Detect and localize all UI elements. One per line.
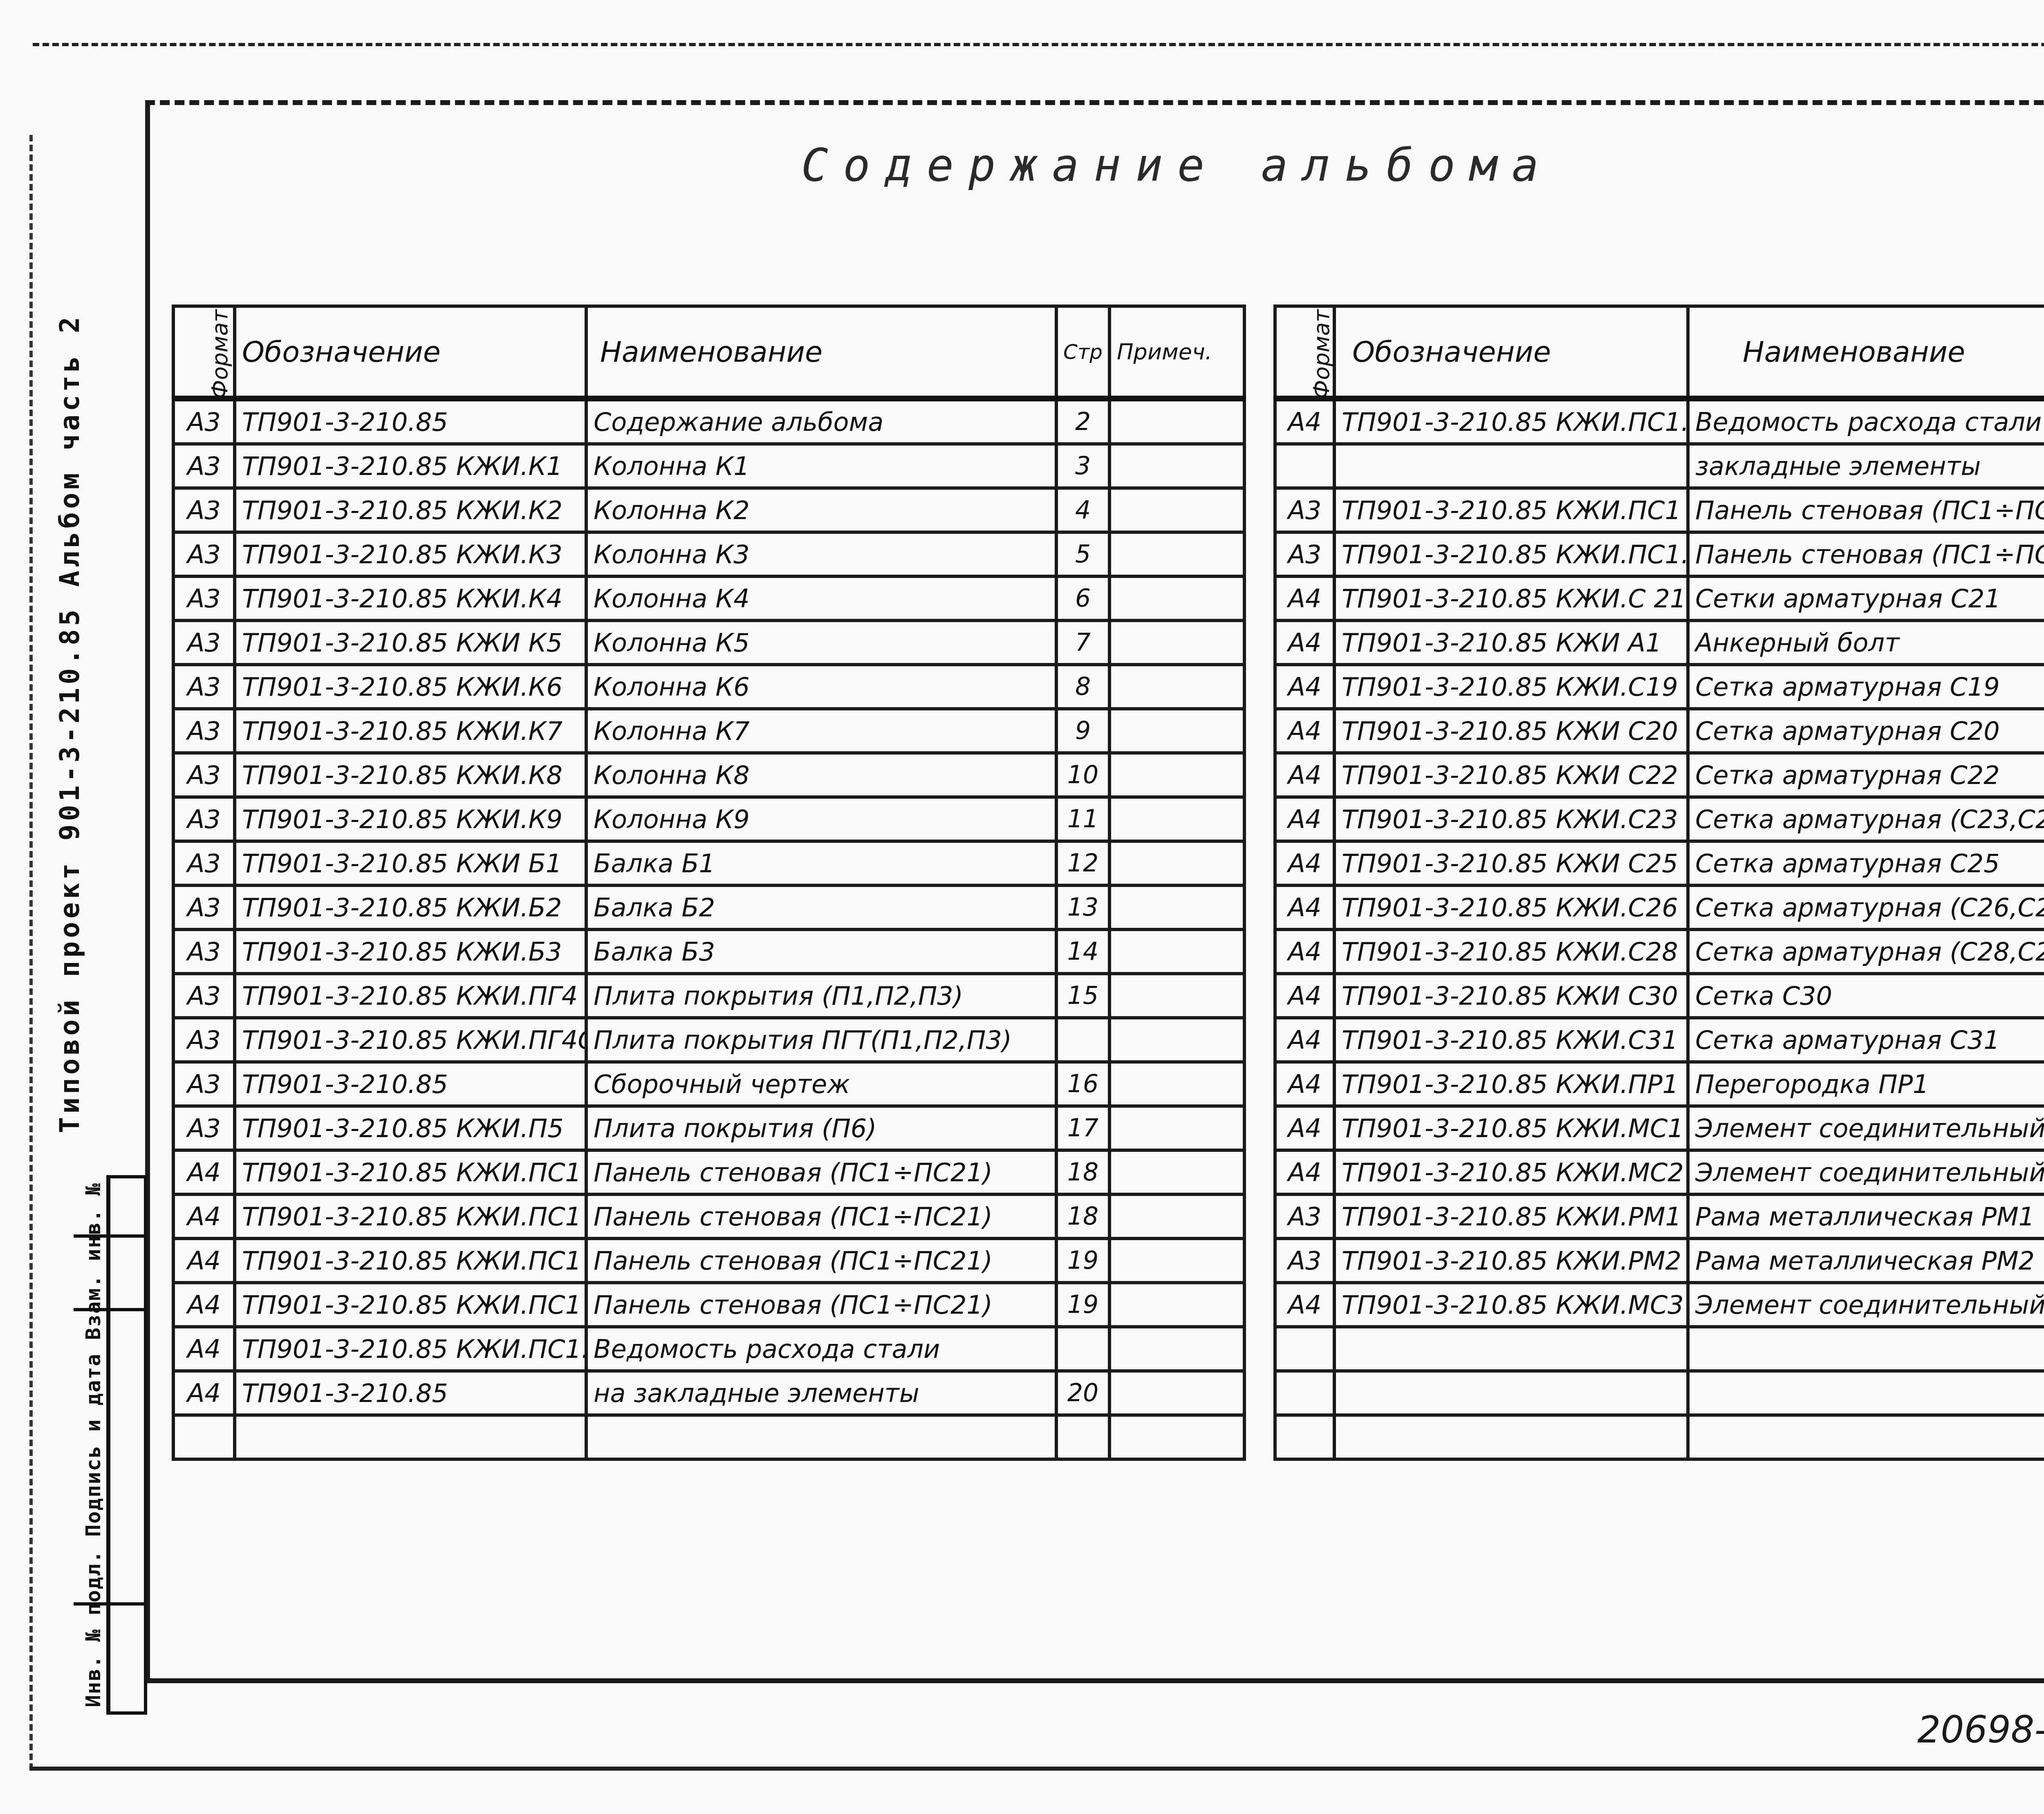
table-row: А4ТП901-3-210.85на закладные элементы20 <box>173 1371 1244 1415</box>
cell-page: 2 <box>1056 399 1109 444</box>
cell-designation: ТП901-3-210.85 КЖИ.К2 <box>235 488 586 532</box>
cell-format: А4 <box>1275 841 1334 885</box>
cell-note <box>1109 753 1244 797</box>
cell-name: Сетка арматурная С31 <box>1688 1018 2044 1062</box>
cell-name: Элемент соединительный МС3 <box>1688 1283 2044 1327</box>
table-row: А4ТП901-3-210.85 КЖИ А1Анкерный болт23 <box>1275 620 2044 665</box>
cell-designation <box>1334 444 1688 488</box>
cell-note <box>1109 1062 1244 1106</box>
table-row: А3ТП901-3-210.85 КЖИ.ПГ4СБПлита покрытия… <box>173 1018 1244 1062</box>
cell-page <box>1056 1018 1109 1062</box>
contents-table-right: Формат Обозначение Наименование Стр Прим… <box>1273 305 2044 1461</box>
table-row <box>1275 1371 2044 1415</box>
cell-page: 12 <box>1056 841 1109 885</box>
header-designation: Обозначение <box>1334 306 1688 399</box>
table-row: А4ТП901-3-210.85 КЖИ С25Сетка арматурная… <box>1275 841 2044 885</box>
table-row: А3ТП901-3-210.85 КЖИ.ПС1 СБПанель стенов… <box>1275 488 2044 532</box>
table-row: А4ТП901-3-210.85 КЖИ.С28Сетка арматурная… <box>1275 929 2044 974</box>
table-row: А4ТП901-3-210.85 КЖИ.ПС1Панель стеновая … <box>173 1150 1244 1194</box>
table-row: А4ТП901-3-210.85 КЖИ.МС1Элемент соединит… <box>1275 1106 2044 1150</box>
table-row: А3ТП901-3-210.85 КЖИ.РМ2Рама металлическ… <box>1275 1238 2044 1283</box>
cell-name: Колонна К2 <box>586 488 1056 532</box>
cell-format <box>1275 1371 1334 1415</box>
cell-name: Балка Б3 <box>586 929 1056 974</box>
cell-format: А4 <box>1275 665 1334 709</box>
outer-frame-top-line <box>33 43 2044 46</box>
cell-name: Сетка арматурная С22 <box>1688 753 2044 797</box>
side-project-label: Типовой проект 901-3-210.85 Альбом часть… <box>54 314 85 1133</box>
cell-designation: ТП901-3-210.85 КЖИ.ПС1.01 <box>235 1327 586 1371</box>
cell-format: А4 <box>1275 399 1334 444</box>
cell-name <box>1688 1371 2044 1415</box>
cell-format: А3 <box>173 753 235 797</box>
cell-name: Панель стеновая (ПС1÷ПС21) <box>586 1283 1056 1327</box>
table-row: А3ТП901-3-210.85 КЖИ.К7Колонна К79 <box>173 709 1244 753</box>
cell-format: А3 <box>173 620 235 665</box>
table-header-row: Формат Обозначение Наименование Стр Прим… <box>1275 306 2044 399</box>
header-page: Стр <box>1056 306 1109 399</box>
cell-name: Колонна К6 <box>586 665 1056 709</box>
table-row: А3ТП901-3-210.85 КЖИ.П5Плита покрытия (П… <box>173 1106 1244 1150</box>
table-row: А4ТП901-3-210.85 КЖИ.С 21Сетки арматурна… <box>1275 576 2044 620</box>
cell-format: А3 <box>173 885 235 929</box>
cell-note <box>1109 665 1244 709</box>
cell-designation: ТП901-3-210.85 КЖИ.МС2 <box>1334 1150 1688 1194</box>
cell-format: А3 <box>173 576 235 620</box>
table-row: А3ТП901-3-210.85 КЖИ.ПГ4Плита покрытия (… <box>173 974 1244 1018</box>
cell-designation: ТП901-3-210.85 КЖИ.С31 <box>1334 1018 1688 1062</box>
cell-designation: ТП901-3-210.85 КЖИ.С23 <box>1334 797 1688 841</box>
cell-format: А3 <box>173 488 235 532</box>
cell-designation: ТП901-3-210.85 <box>235 1371 586 1415</box>
cell-name: Перегородка ПР1 <box>1688 1062 2044 1106</box>
cell-page: 18 <box>1056 1150 1109 1194</box>
cell-designation: ТП901-3-210.85 КЖИ.РМ1 <box>1334 1194 1688 1238</box>
cell-designation: ТП901-3-210.85 КЖИ.С26 <box>1334 885 1688 929</box>
cell-page: 5 <box>1056 532 1109 576</box>
cell-name: Колонна К3 <box>586 532 1056 576</box>
cell-format: А4 <box>173 1150 235 1194</box>
cell-note <box>1109 797 1244 841</box>
table-row: А3ТП901-3-210.85 КЖИ.К3Колонна К35 <box>173 532 1244 576</box>
cell-format: А4 <box>173 1194 235 1238</box>
cell-name: Элемент соединительный МС1 <box>1688 1106 2044 1150</box>
cell-note <box>1109 399 1244 444</box>
cell-page: 20 <box>1056 1371 1109 1415</box>
table-header-row: Формат Обозначение Наименование Стр Прим… <box>173 306 1244 399</box>
cell-name: Колонна К8 <box>586 753 1056 797</box>
table-row: А3ТП901-3-210.85 КЖИ.К1Колонна К13 <box>173 444 1244 488</box>
cell-page <box>1056 1327 1109 1371</box>
table-row: А4ТП901-3-210.85 КЖИ.ПС1.01Ведомость рас… <box>173 1327 1244 1371</box>
cell-name: Сборочный чертеж <box>586 1062 1056 1106</box>
table-row: А3ТП901-3-210.85 КЖИ.Б3Балка Б314 <box>173 929 1244 974</box>
cell-format: А3 <box>173 665 235 709</box>
table-row: А4ТП901-3-210.85 КЖИ.С26Сетка арматурная… <box>1275 885 2044 929</box>
cell-format: А3 <box>173 929 235 974</box>
cell-format: А3 <box>173 1062 235 1106</box>
table-row: А4ТП901-3-210.85 КЖИ.С19Сетка арматурная… <box>1275 665 2044 709</box>
cell-format: А4 <box>1275 576 1334 620</box>
cell-designation: ТП901-3-210.85 КЖИ.МС3 <box>1334 1283 1688 1327</box>
cell-name: Панель стеновая (ПС1÷ПС21) <box>586 1150 1056 1194</box>
cell-designation <box>1334 1415 1688 1459</box>
cell-designation <box>1334 1371 1688 1415</box>
cell-format: А3 <box>1275 488 1334 532</box>
header-name: Наименование <box>1688 306 2044 399</box>
cell-name: Плита покрытия ПГТ(П1,П2,П3) <box>586 1018 1056 1062</box>
cell-name: Сетка арматурная (С23,С24) <box>1688 797 2044 841</box>
cell-name: Ведомость расхода стали на <box>1688 399 2044 444</box>
cell-format: А4 <box>173 1327 235 1371</box>
cell-format: А4 <box>173 1371 235 1415</box>
document-number: 20698-04 <box>1917 1709 2044 1751</box>
outer-frame-left-line <box>29 135 33 1770</box>
table-row: А3ТП901-3-210.85 КЖИ.К9Колонна К911 <box>173 797 1244 841</box>
cell-page: 16 <box>1056 1062 1109 1106</box>
cell-page: 3 <box>1056 444 1109 488</box>
cell-name: Панель стеновая (ПС1÷ПС21) <box>1688 532 2044 576</box>
cell-designation: ТП901-3-210.85 КЖИ.К3 <box>235 532 586 576</box>
table-row: А4ТП901-3-210.85 КЖИ.С31Сетка арматурная… <box>1275 1018 2044 1062</box>
table-row: закладные элементы20 <box>1275 444 2044 488</box>
cell-format <box>1275 444 1334 488</box>
header-format: Формат <box>1275 306 1334 399</box>
table-row: А3ТП901-3-210.85 КЖИ К5Колонна К57 <box>173 620 1244 665</box>
cell-format: А4 <box>1275 1283 1334 1327</box>
cell-page: 19 <box>1056 1283 1109 1327</box>
cell-page: 11 <box>1056 797 1109 841</box>
cell-designation: ТП901-3-210.85 КЖИ.ПГ4 <box>235 974 586 1018</box>
cell-note <box>1109 1238 1244 1283</box>
cell-page <box>1056 1415 1109 1459</box>
cell-format: А4 <box>173 1283 235 1327</box>
cell-designation <box>1334 1327 1688 1371</box>
cell-designation: ТП901-3-210.85 КЖИ.Б2 <box>235 885 586 929</box>
cell-note <box>1109 576 1244 620</box>
cell-designation <box>235 1415 586 1459</box>
cell-name: Сетка арматурная С19 <box>1688 665 2044 709</box>
table-row: А4ТП901-3-210.85 КЖИ.ПР1Перегородка ПР12… <box>1275 1062 2044 1106</box>
cell-page: 18 <box>1056 1194 1109 1238</box>
table-row: А3ТП901-3-210.85Содержание альбома2 <box>173 399 1244 444</box>
cell-designation: ТП901-3-210.85 КЖИ.П5 <box>235 1106 586 1150</box>
cell-format: А4 <box>1275 974 1334 1018</box>
contents-table-left: Формат Обозначение Наименование Стр Прим… <box>172 305 1246 1461</box>
cell-designation: ТП901-3-210.85 КЖИ.ПС1 <box>235 1238 586 1283</box>
cell-format <box>1275 1327 1334 1371</box>
cell-note <box>1109 1194 1244 1238</box>
cell-format: А3 <box>173 532 235 576</box>
cell-name: Сетка арматурная (С28,С29) <box>1688 929 2044 974</box>
cell-name: Колонна К4 <box>586 576 1056 620</box>
table-row: А3ТП901-3-210.85 КЖИ.РМ1Рама металлическ… <box>1275 1194 2044 1238</box>
cell-designation: ТП901-3-210.85 <box>235 399 586 444</box>
cell-name: Сетка арматурная (С26,С27) <box>1688 885 2044 929</box>
cell-name: Элемент соединительный МС2 <box>1688 1150 2044 1194</box>
table-row: А3ТП901-3-210.85Сборочный чертеж16 <box>173 1062 1244 1106</box>
cell-designation: ТП901-3-210.85 КЖИ.Б3 <box>235 929 586 974</box>
header-name: Наименование <box>586 306 1056 399</box>
cell-format: А4 <box>1275 797 1334 841</box>
cell-page: 4 <box>1056 488 1109 532</box>
cell-designation: ТП901-3-210.85 КЖИ.К4 <box>235 576 586 620</box>
cell-designation: ТП901-3-210.85 КЖИ.ПС1 <box>235 1150 586 1194</box>
cell-format: А3 <box>173 974 235 1018</box>
cell-designation: ТП901-3-210.85 КЖИ С25 <box>1334 841 1688 885</box>
cell-designation: ТП901-3-210.85 КЖИ.С28 <box>1334 929 1688 974</box>
contents-table-left-body: Формат Обозначение Наименование Стр Прим… <box>173 306 1244 1459</box>
cell-format: А3 <box>173 841 235 885</box>
table-row: А3ТП901-3-210.85 КЖИ Б1Балка Б112 <box>173 841 1244 885</box>
cell-format: А3 <box>173 709 235 753</box>
cell-name: Содержание альбома <box>586 399 1056 444</box>
cell-name: Рама металлическая РМ2 <box>1688 1238 2044 1283</box>
cell-format: А4 <box>173 1238 235 1283</box>
cell-designation: ТП901-3-210.85 КЖИ.К9 <box>235 797 586 841</box>
cell-designation: ТП901-3-210.85 КЖИ С22 <box>1334 753 1688 797</box>
cell-format: А4 <box>1275 1062 1334 1106</box>
cell-designation: ТП901-3-210.85 КЖИ Б1 <box>235 841 586 885</box>
cell-name: закладные элементы <box>1688 444 2044 488</box>
cell-format: А3 <box>173 797 235 841</box>
cell-designation: ТП901-3-210.85 КЖИ.ПС1.01 <box>1334 399 1688 444</box>
table-row: А4ТП901-3-210.85 КЖИ.ПС1Панель стеновая … <box>173 1283 1244 1327</box>
cell-designation: ТП901-3-210.85 КЖИ.ПС1 <box>235 1194 586 1238</box>
cell-format: А3 <box>173 444 235 488</box>
cell-page: 8 <box>1056 665 1109 709</box>
header-format: Формат <box>173 306 235 399</box>
cell-page: 7 <box>1056 620 1109 665</box>
table-row: А3ТП901-3-210.85 КЖИ.К6Колонна К68 <box>173 665 1244 709</box>
cell-note <box>1109 709 1244 753</box>
cell-name: Панель стеновая (ПС1÷ПС21) <box>586 1194 1056 1238</box>
cell-designation: ТП901-3-210.85 <box>235 1062 586 1106</box>
cell-format: А3 <box>173 399 235 444</box>
cell-page: 15 <box>1056 974 1109 1018</box>
cell-designation: ТП901-3-210.85 КЖИ.МС1 <box>1334 1106 1688 1150</box>
cell-format: А4 <box>1275 885 1334 929</box>
cell-designation: ТП901-3-210.85 КЖИ С30 <box>1334 974 1688 1018</box>
table-row: А4ТП901-3-210.85 КЖИ С30Сетка С3027 <box>1275 974 2044 1018</box>
cell-page: 9 <box>1056 709 1109 753</box>
cell-note <box>1109 1415 1244 1459</box>
cell-format: А4 <box>1275 1018 1334 1062</box>
cell-designation: ТП901-3-210.85 КЖИ.К8 <box>235 753 586 797</box>
cell-name: Колонна К1 <box>586 444 1056 488</box>
cell-designation: ТП901-3-210.85 КЖИ.ПГ4СБ <box>235 1018 586 1062</box>
table-row: А3ТП901-3-210.85 КЖИ.К8Колонна К810 <box>173 753 1244 797</box>
cell-note <box>1109 1327 1244 1371</box>
cell-name: Колонна К7 <box>586 709 1056 753</box>
cell-designation: ТП901-3-210.85 КЖИ С20 <box>1334 709 1688 753</box>
approval-stamp-label: Инв. № подл. Подпись и дата Взам. инв. № <box>81 1182 105 1707</box>
table-row: А4ТП901-3-210.85 КЖИ.МС3Элемент соединит… <box>1275 1283 2044 1327</box>
outer-frame-bottom-line <box>29 1767 2044 1771</box>
cell-name: Колонна К9 <box>586 797 1056 841</box>
cell-designation: ТП901-3-210.85 КЖИ.С 21 <box>1334 576 1688 620</box>
cell-designation: ТП901-3-210.85 КЖИ.ПС1 СБ <box>1334 488 1688 532</box>
cell-note <box>1109 885 1244 929</box>
cell-designation: ТП901-3-210.85 КЖИ.К7 <box>235 709 586 753</box>
page-title: Содержание альбома <box>801 139 1553 191</box>
cell-designation: ТП901-3-210.85 КЖИ.ПС1.СБ <box>1334 532 1688 576</box>
cell-note <box>1109 1150 1244 1194</box>
cell-format: А3 <box>1275 1238 1334 1283</box>
cell-note <box>1109 1018 1244 1062</box>
table-row: А4ТП901-3-210.85 КЖИ.ПС1.01Ведомость рас… <box>1275 399 2044 444</box>
cell-page: 6 <box>1056 576 1109 620</box>
cell-name <box>1688 1415 2044 1459</box>
header-designation: Обозначение <box>235 306 586 399</box>
cell-note <box>1109 841 1244 885</box>
table-row: А4ТП901-3-210.85 КЖИ.ПС1Панель стеновая … <box>173 1194 1244 1238</box>
table-row: А3ТП901-3-210.85 КЖИ.Б2Балка Б213 <box>173 885 1244 929</box>
cell-page: 14 <box>1056 929 1109 974</box>
cell-name: Балка Б2 <box>586 885 1056 929</box>
cell-name: Панель стеновая (ПС1÷ПС21) <box>586 1238 1056 1283</box>
cell-note <box>1109 1283 1244 1327</box>
cell-designation: ТП901-3-210.85 КЖИ.ПС1 <box>235 1283 586 1327</box>
table-row: А4ТП901-3-210.85 КЖИ.С23Сетка арматурная… <box>1275 797 2044 841</box>
cell-page: 19 <box>1056 1238 1109 1283</box>
table-row: А4ТП901-3-210.85 КЖИ.МС2Элемент соединит… <box>1275 1150 2044 1194</box>
cell-name: Рама металлическая РМ1 <box>1688 1194 2044 1238</box>
cell-name: Колонна К5 <box>586 620 1056 665</box>
cell-note <box>1109 1106 1244 1150</box>
cell-format <box>173 1415 235 1459</box>
cell-format: А4 <box>1275 1150 1334 1194</box>
table-row: А3ТП901-3-210.85 КЖИ.К2Колонна К24 <box>173 488 1244 532</box>
cell-designation: ТП901-3-210.85 КЖИ.К1 <box>235 444 586 488</box>
cell-note <box>1109 488 1244 532</box>
cell-note <box>1109 444 1244 488</box>
cell-designation: ТП901-3-210.85 КЖИ.ПР1 <box>1334 1062 1688 1106</box>
cell-name: Сетка арматурная С20 <box>1688 709 2044 753</box>
cell-format: А4 <box>1275 753 1334 797</box>
cell-name: Панель стеновая (ПС1÷ПС21) <box>1688 488 2044 532</box>
cell-note <box>1109 620 1244 665</box>
cell-designation: ТП901-3-210.85 КЖИ.РМ2 <box>1334 1238 1688 1283</box>
cell-name: Сетки арматурная С21 <box>1688 576 2044 620</box>
cell-designation: ТП901-3-210.85 КЖИ.К6 <box>235 665 586 709</box>
table-row: А4ТП901-3-210.85 КЖИ С22Сетка арматурная… <box>1275 753 2044 797</box>
cell-format: А4 <box>1275 620 1334 665</box>
cell-name: Сетка С30 <box>1688 974 2044 1018</box>
cell-format: А4 <box>1275 929 1334 974</box>
table-row: А4ТП901-3-210.85 КЖИ.ПС1Панель стеновая … <box>173 1238 1244 1283</box>
cell-name <box>1688 1327 2044 1371</box>
cell-note <box>1109 532 1244 576</box>
cell-name: на закладные элементы <box>586 1371 1056 1415</box>
table-row: А3ТП901-3-210.85 КЖИ.ПС1.СБПанель стенов… <box>1275 532 2044 576</box>
table-row: А4ТП901-3-210.85 КЖИ С20Сетка арматурная… <box>1275 709 2044 753</box>
header-note: Примеч. <box>1109 306 1244 399</box>
cell-name: Плита покрытия (П1,П2,П3) <box>586 974 1056 1018</box>
cell-designation: ТП901-3-210.85 КЖИ.С19 <box>1334 665 1688 709</box>
cell-format <box>1275 1415 1334 1459</box>
cell-name <box>586 1415 1056 1459</box>
cell-format: А3 <box>1275 1194 1334 1238</box>
table-row <box>1275 1327 2044 1371</box>
cell-note <box>1109 1371 1244 1415</box>
cell-format: А3 <box>173 1018 235 1062</box>
cell-page: 10 <box>1056 753 1109 797</box>
cell-name: Сетка арматурная С25 <box>1688 841 2044 885</box>
cell-name: Плита покрытия (П6) <box>586 1106 1056 1150</box>
cell-name: Ведомость расхода стали <box>586 1327 1056 1371</box>
cell-note <box>1109 929 1244 974</box>
cell-designation: ТП901-3-210.85 КЖИ К5 <box>235 620 586 665</box>
cell-name: Анкерный болт <box>1688 620 2044 665</box>
cell-note <box>1109 974 1244 1018</box>
cell-format: А3 <box>1275 532 1334 576</box>
cell-name: Балка Б1 <box>586 841 1056 885</box>
cell-format: А4 <box>1275 1106 1334 1150</box>
cell-page: 13 <box>1056 885 1109 929</box>
cell-page: 17 <box>1056 1106 1109 1150</box>
table-row <box>1275 1415 2044 1459</box>
cell-format: А3 <box>173 1106 235 1150</box>
table-row: А3ТП901-3-210.85 КЖИ.К4Колонна К46 <box>173 576 1244 620</box>
table-row <box>173 1415 1244 1459</box>
contents-table-right-body: Формат Обозначение Наименование Стр Прим… <box>1275 306 2044 1459</box>
cell-format: А4 <box>1275 709 1334 753</box>
cell-designation: ТП901-3-210.85 КЖИ А1 <box>1334 620 1688 665</box>
